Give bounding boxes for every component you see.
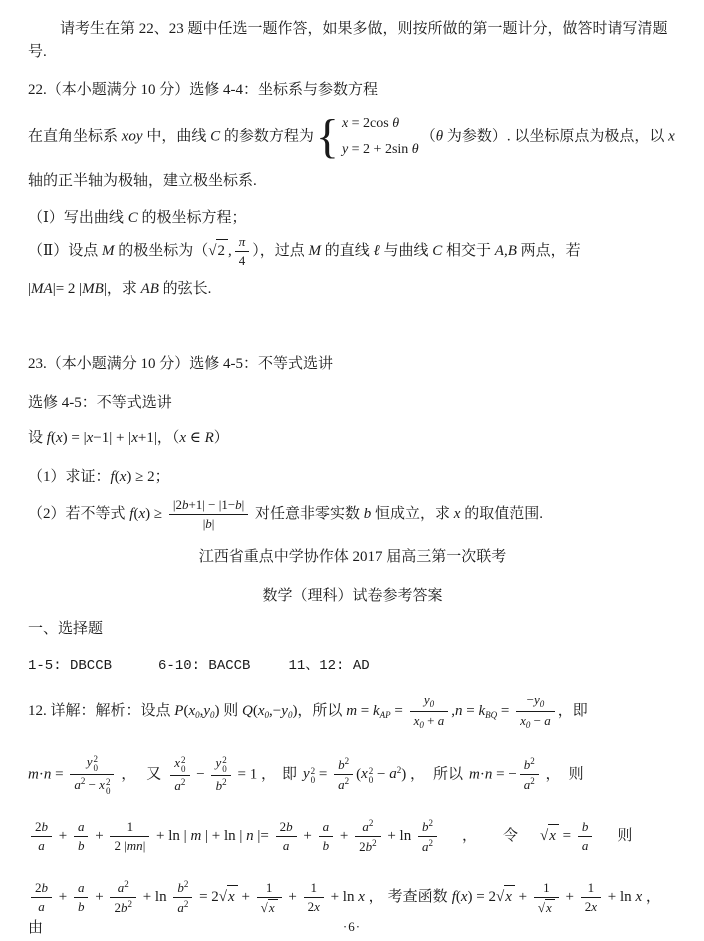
subscripted-variable: kBQ (478, 703, 497, 719)
subscript: 0 (430, 699, 435, 709)
subscript: 0 (94, 764, 99, 773)
fraction-denominator: x0 − a (516, 712, 555, 731)
fraction-numerator: a (74, 819, 89, 837)
subscripted-variable: kAP (373, 703, 391, 719)
superscripted-variable: a2 (524, 777, 535, 792)
text-run: ， (365, 889, 384, 905)
math-variable: C (210, 128, 220, 144)
text-run: ) ， (401, 766, 425, 782)
text-run: 江西省重点中学协作体 2017 届高三第一次联考 (199, 549, 507, 565)
math-variable: xoy (122, 128, 143, 144)
text-run: 11、12: AD (288, 658, 369, 674)
spacer (250, 668, 288, 669)
fraction: b2a2 (418, 818, 437, 856)
math-variable: x (591, 899, 597, 914)
fraction-denominator: 2b2 (355, 837, 381, 855)
base: a (389, 766, 397, 782)
fraction: 1√x (257, 880, 282, 917)
math-variable: b (42, 880, 49, 895)
superscripted-variable: b2 (338, 757, 349, 772)
text-run: + (55, 828, 71, 844)
fraction-denominator: 2b2 (110, 898, 136, 916)
base: x (174, 755, 180, 770)
math-variable: a (38, 899, 45, 914)
fraction-numerator: y0 (410, 692, 449, 712)
text-run: )，所以 (292, 703, 346, 719)
text-run: （1）求证： (28, 469, 111, 485)
text-run: 23.（本小题满分 10 分）选修 4-5：不等式选讲 (28, 356, 333, 372)
text-run: + ln (327, 889, 358, 905)
superscript: 2 (222, 777, 227, 787)
fraction-denominator: b (74, 837, 89, 854)
text-run: = (51, 766, 67, 782)
radical: √x (496, 885, 515, 909)
text-run: 轴的正半轴为极轴，建立极坐标系. (28, 173, 257, 189)
math-variable: b (78, 899, 85, 914)
fraction-denominator: a (31, 837, 52, 854)
text-run: | (242, 497, 245, 512)
text-run: ,− (269, 703, 281, 719)
text-run: + (300, 828, 316, 844)
math-variable: x (549, 828, 556, 844)
math-variable: θ (412, 142, 419, 157)
answer12-line1: 12. 详解：解析：设点 P(x0,y0) 则 Q(x0,−y0)，所以 m =… (28, 692, 677, 732)
system-rows: x = 2cos θy = 2 + 2sin θ (342, 111, 419, 163)
math-variable: MA (31, 281, 53, 297)
fraction: 12x (581, 880, 601, 916)
superscript: 2 (428, 838, 433, 848)
answer12-line2: m·n = y20a2 − x20 ，又x20a2 − y20b2 = 1 ，即… (28, 754, 677, 796)
fraction-denominator: a2 (173, 898, 192, 916)
text-run: （2）若不等式 (28, 506, 129, 522)
section-choice: 一、选择题 (28, 618, 677, 641)
base: x (361, 766, 368, 782)
sub-sup-variable: x20 (361, 766, 373, 782)
fraction: a22b2 (110, 879, 136, 917)
spacer (595, 839, 617, 840)
answers-title: 江西省重点中学协作体 2017 届高三第一次联考 (28, 546, 677, 569)
answer12-line3: 2ba + ab + 12 |mn| + ln | m | + ln | n |… (28, 818, 677, 856)
radical: √x (261, 899, 278, 916)
math-variable: x (546, 900, 552, 915)
text-run: 选修 4-5：不等式选讲 (28, 395, 172, 411)
radicand: x (227, 885, 238, 909)
superscripted-variable: a2 (338, 777, 349, 792)
text-run: +1|，（ (138, 430, 179, 446)
math-variable: x (668, 128, 675, 144)
math-variable: a (283, 838, 290, 853)
text-run: （Ⅰ）写出曲线 (28, 210, 128, 226)
spacer (561, 777, 569, 778)
fraction: ab (74, 819, 89, 855)
fraction: 1√x (534, 880, 559, 917)
fraction-numerator: a2 (355, 818, 381, 837)
math-variable: M (102, 243, 115, 259)
fraction-denominator: 4 (235, 252, 250, 269)
base: y (215, 755, 221, 770)
fraction-denominator: a2 (418, 837, 437, 855)
radicand: 2 (216, 239, 228, 263)
math-variable: θ (436, 128, 443, 144)
text-run: = 2 + 2sin (348, 142, 412, 157)
text-run: 即 (282, 766, 297, 782)
text-run: |2 (173, 497, 182, 512)
fraction-numerator: b (578, 819, 593, 837)
text-run: +1| − |1− (188, 497, 235, 512)
text-run: − (527, 692, 534, 707)
text-run: 22.（本小题满分 10 分）选修 4-4：坐标系与参数方程 (28, 82, 378, 98)
text-run: , (228, 243, 232, 259)
math-variable: x (56, 430, 63, 446)
q23-function-def: 设 f(x) = |x−1| + |x+1|，（x ∈ R） (28, 427, 677, 450)
text-run: 的极坐标方程； (138, 210, 247, 226)
text-run: ， (462, 828, 477, 844)
math-variable: A,B (495, 243, 517, 259)
text-run: 1 (127, 819, 134, 834)
fraction-denominator: a (578, 837, 593, 854)
fraction-denominator: a (31, 898, 52, 915)
text-run: + ln | (152, 828, 190, 844)
math-variable: a (544, 713, 551, 728)
subscript: BQ (485, 710, 497, 720)
text-run: 12. 详解：解析：设点 (28, 703, 174, 719)
subscripted-variable: x0 (414, 713, 424, 728)
fraction-numerator: 1 (257, 880, 282, 898)
fraction-denominator: 2x (581, 898, 601, 915)
spacer (661, 900, 665, 901)
text-run: = (315, 766, 331, 782)
text-run: −1| + | (93, 430, 131, 446)
radical: √2 (208, 239, 228, 263)
math-variable: M (308, 243, 321, 259)
math-variable: b (78, 838, 85, 853)
superscripted-variable: b2 (422, 819, 433, 834)
text-run: |，求 (104, 281, 141, 297)
q22-title: 22.（本小题满分 10 分）选修 4-4：坐标系与参数方程 (28, 79, 677, 102)
text-run: 1 (588, 880, 595, 895)
fraction-numerator: b2 (334, 756, 353, 775)
math-variable: n (246, 828, 254, 844)
math-variable: x (314, 899, 320, 914)
fraction-numerator: a2 (110, 879, 136, 898)
base: y (281, 703, 288, 719)
sub-sup-variable: y20 (87, 754, 98, 769)
subscripted-variable: x0 (188, 703, 199, 719)
fraction-denominator: x0 + a (410, 712, 449, 731)
math-variable: x (505, 889, 512, 905)
text-run: ) ≥ 2； (126, 469, 169, 485)
text-run: = 2 (195, 889, 218, 905)
math-variable: x (358, 889, 365, 905)
text-run: 令 (503, 828, 518, 844)
fraction-denominator: b (319, 837, 334, 854)
radicand: x (548, 824, 559, 848)
spacer (425, 777, 433, 778)
spacer (136, 777, 146, 778)
text-run: + (91, 828, 107, 844)
fraction: 12x (304, 880, 324, 916)
text-run: = (497, 703, 513, 719)
text-run: − (193, 766, 209, 782)
fraction-numerator: 1 (304, 880, 324, 898)
fraction-numerator: 2b (31, 880, 52, 898)
text-run: 对任意非零实数 (251, 506, 364, 522)
math-variable: R (205, 430, 214, 446)
text-run: 在直角坐标系 (28, 128, 122, 144)
scripts: 20 (94, 755, 99, 773)
fraction: π4 (235, 234, 250, 270)
fraction: y0x0 + a (410, 692, 449, 732)
fraction-denominator: 2x (304, 898, 324, 915)
radical-sign-icon: √ (219, 889, 227, 905)
text-run: |= (254, 828, 273, 844)
text-run: 2 | (114, 838, 126, 853)
sub-sup-variable: x20 (99, 777, 110, 792)
text-run: 相交于 (442, 243, 495, 259)
text-run: + (285, 889, 301, 905)
text-run: − (530, 713, 544, 728)
text-run: 4 (239, 253, 246, 268)
text-run: = 1 ， (234, 766, 276, 782)
text-run: 一、选择题 (28, 621, 103, 637)
text-run: 1-5: DBCCB (28, 658, 112, 674)
superscripted-variable: a2 (74, 777, 85, 792)
system-row: x = 2cos θ (342, 111, 419, 137)
fraction: b2a2 (520, 756, 539, 794)
fraction-denominator: a2 − x20 (70, 775, 114, 796)
subscript: AP (380, 710, 391, 720)
text-run: − (373, 766, 389, 782)
text-run: + (424, 713, 438, 728)
text-run: + (336, 828, 352, 844)
fraction: 2ba (276, 819, 297, 855)
document-body: 请考生在第 22、23 题中任选一题作答，如果多做，则按所做的第一题计分，做答时… (28, 18, 677, 940)
math-variable: x (461, 889, 468, 905)
text-run: ) = | (63, 430, 87, 446)
fraction: b2a2 (173, 879, 192, 917)
fraction-denominator: a2 (334, 775, 353, 793)
math-variable: a (78, 880, 85, 895)
text-run: 数学（理科）试卷参考答案 (262, 588, 442, 604)
text-run: 考查函数 (388, 889, 448, 905)
superscripted-variable: b2 (216, 778, 227, 793)
fraction-denominator: a (276, 837, 297, 854)
superscripted-variable: a2 (362, 819, 373, 834)
math-variable: a (78, 819, 85, 834)
text-run: 1 (266, 880, 273, 895)
text-run: |= 2 | (53, 281, 82, 297)
text-run: （Ⅱ）设点 (28, 243, 102, 259)
fraction-numerator: b2 (520, 756, 539, 775)
sub-sup-variable: y20 (215, 755, 226, 770)
text-run: 中，曲线 (143, 128, 211, 144)
q22-part2-line2: |MA|= 2 |MB|，求 AB 的弦长. (28, 278, 677, 301)
fraction-numerator: 2b (31, 819, 52, 837)
math-variable: mn (127, 838, 143, 853)
scripts: 20 (222, 756, 227, 774)
q23-part1: （1）求证：f(x) ≥ 2； (28, 466, 677, 489)
text-run: 的取值范围. (460, 506, 543, 522)
spacer (161, 777, 167, 778)
fraction: x20a2 (170, 755, 189, 794)
fraction-denominator: b2 (211, 776, 230, 794)
text-run: 的直线 (321, 243, 374, 259)
text-run: ， (542, 766, 561, 782)
sub-sup-variable: x20 (174, 755, 185, 770)
math-variable: MB (82, 281, 104, 297)
radicand: x (545, 899, 555, 916)
text-run: （ (421, 128, 436, 144)
superscript: 2 (184, 879, 189, 889)
text-run: 两点，若 (517, 243, 581, 259)
superscripted-variable: b2 (524, 757, 535, 772)
fraction: 12 |mn| (110, 819, 149, 855)
text-run: = (357, 703, 373, 719)
scripts: 20 (106, 778, 111, 796)
base: y (87, 754, 93, 769)
text-run: 的弦长. (159, 281, 212, 297)
base: x (99, 777, 105, 792)
fraction-numerator: 1 (534, 880, 559, 898)
fraction-numerator: y20 (211, 755, 230, 776)
math-variable: x (269, 900, 275, 915)
text-run: + (55, 889, 71, 905)
fraction-denominator: b (74, 898, 89, 915)
radicand: x (504, 885, 515, 909)
math-variable: x (131, 430, 138, 446)
superscripted-variable: a2 (422, 839, 433, 854)
text-run: = 2cos (348, 116, 392, 131)
text-run: + ln (384, 828, 415, 844)
superscript: 2 (372, 838, 377, 848)
text-run: + ln (139, 889, 170, 905)
fraction: b2a2 (334, 756, 353, 794)
superscript: 2 (127, 899, 132, 909)
fraction: −y0x0 − a (516, 692, 555, 732)
fraction-numerator: π (235, 234, 250, 252)
text-run: ) 则 (215, 703, 243, 719)
fraction-denominator: 2 |mn| (110, 837, 149, 854)
superscripted-variable: a2 (177, 900, 188, 915)
page-number: ·6· (0, 919, 704, 935)
q22-stem-line2: 轴的正半轴为极轴，建立极坐标系. (28, 170, 677, 193)
text-run: ∈ (186, 430, 205, 446)
math-variable: C (432, 243, 442, 259)
subscripted-variable: y0 (424, 692, 434, 707)
text-run: 1 (310, 880, 317, 895)
text-run: = (559, 828, 575, 844)
math-variable: a (323, 819, 330, 834)
radical-sign-icon: √ (261, 900, 268, 915)
text-run: ) ≥ (145, 506, 166, 522)
text-run: | (143, 838, 146, 853)
radical: √x (538, 899, 555, 916)
math-variable: θ (392, 116, 399, 131)
fraction-numerator: 1 (581, 880, 601, 898)
spacer (112, 668, 158, 669)
base: y (303, 766, 310, 782)
fraction-denominator: √x (534, 898, 559, 916)
math-variable: a (38, 838, 45, 853)
math-variable: AB (141, 281, 159, 297)
math-variable: b (286, 819, 293, 834)
subscripted-variable: y0 (203, 703, 214, 719)
radical-sign-icon: √ (208, 243, 216, 259)
math-variable: a (582, 838, 589, 853)
radicand: x (268, 899, 278, 916)
superscripted-variable: b2 (121, 900, 132, 915)
text-run: ， (642, 889, 661, 905)
math-variable: π (239, 234, 246, 249)
choice-answers: 1-5: DBCCB6-10: BACCB11、12: AD (28, 655, 677, 678)
text-run: | + ln | (201, 828, 246, 844)
math-variable: n (455, 703, 463, 719)
math-variable: x (228, 889, 235, 905)
document-page: 请考生在第 22、23 题中任选一题作答，如果多做，则按所做的第一题计分，做答时… (0, 0, 704, 941)
superscripted-variable: b2 (366, 839, 377, 854)
q23-title: 23.（本小题满分 10 分）选修 4-5：不等式选讲 (28, 353, 677, 376)
fraction-numerator: a (319, 819, 334, 837)
math-variable: x (179, 430, 186, 446)
fraction-numerator: b2 (418, 818, 437, 837)
subscripted-variable: y0 (281, 703, 292, 719)
text-run: 1 (543, 880, 550, 895)
sub-sup-variable: y20 (303, 766, 315, 782)
superscripted-variable: a2 (118, 880, 129, 895)
superscripted-variable: b2 (177, 880, 188, 895)
math-variable: m (346, 703, 357, 719)
answers-subtitle: 数学（理科）试卷参考答案 (28, 585, 677, 608)
text-run: 请考生在第 22、23 题中任选一题作答，如果多做，则按所做的第一题计分，做答时… (28, 21, 668, 60)
text-run: 与曲线 (380, 243, 433, 259)
subscript: 0 (181, 765, 186, 774)
base: k (373, 703, 380, 719)
fraction-numerator: 1 (110, 819, 149, 837)
fraction-denominator: |b| (169, 515, 248, 532)
text-run: 的极坐标为（ (114, 243, 208, 259)
q22-part1: （Ⅰ）写出曲线 C 的极坐标方程； (28, 207, 677, 230)
math-variable: b (582, 819, 589, 834)
radical-sign-icon: √ (496, 889, 504, 905)
fraction: a22b2 (355, 818, 381, 856)
fraction-denominator: a2 (520, 775, 539, 793)
math-variable: b (42, 819, 49, 834)
fraction-denominator: a2 (170, 776, 189, 794)
fraction: ab (74, 880, 89, 916)
fraction: ab (319, 819, 334, 855)
math-variable: Q (242, 703, 253, 719)
text-run: ），过点 (252, 243, 308, 259)
spacer (477, 839, 503, 840)
math-variable: m (469, 766, 480, 782)
spacer (518, 839, 540, 840)
text-run: 又 (146, 766, 161, 782)
text-run: 设 (28, 430, 47, 446)
superscript: 2 (184, 899, 189, 909)
text-run: 的参数方程为 (220, 128, 314, 144)
scripts: 20 (181, 756, 186, 774)
text-run: = (391, 703, 407, 719)
q23-part2: （2）若不等式 f(x) ≥ |2b+1| − |1−b||b| 对任意非零实数… (28, 497, 677, 533)
superscript: 2 (124, 879, 129, 889)
text-run: = − (492, 766, 516, 782)
superscripted-variable: a2 (389, 766, 401, 782)
fraction: ba (578, 819, 593, 855)
fraction: 2ba (31, 880, 52, 916)
text-run: | (212, 516, 215, 531)
superscript: 2 (428, 818, 433, 828)
fraction: y20a2 − x20 (70, 754, 114, 796)
